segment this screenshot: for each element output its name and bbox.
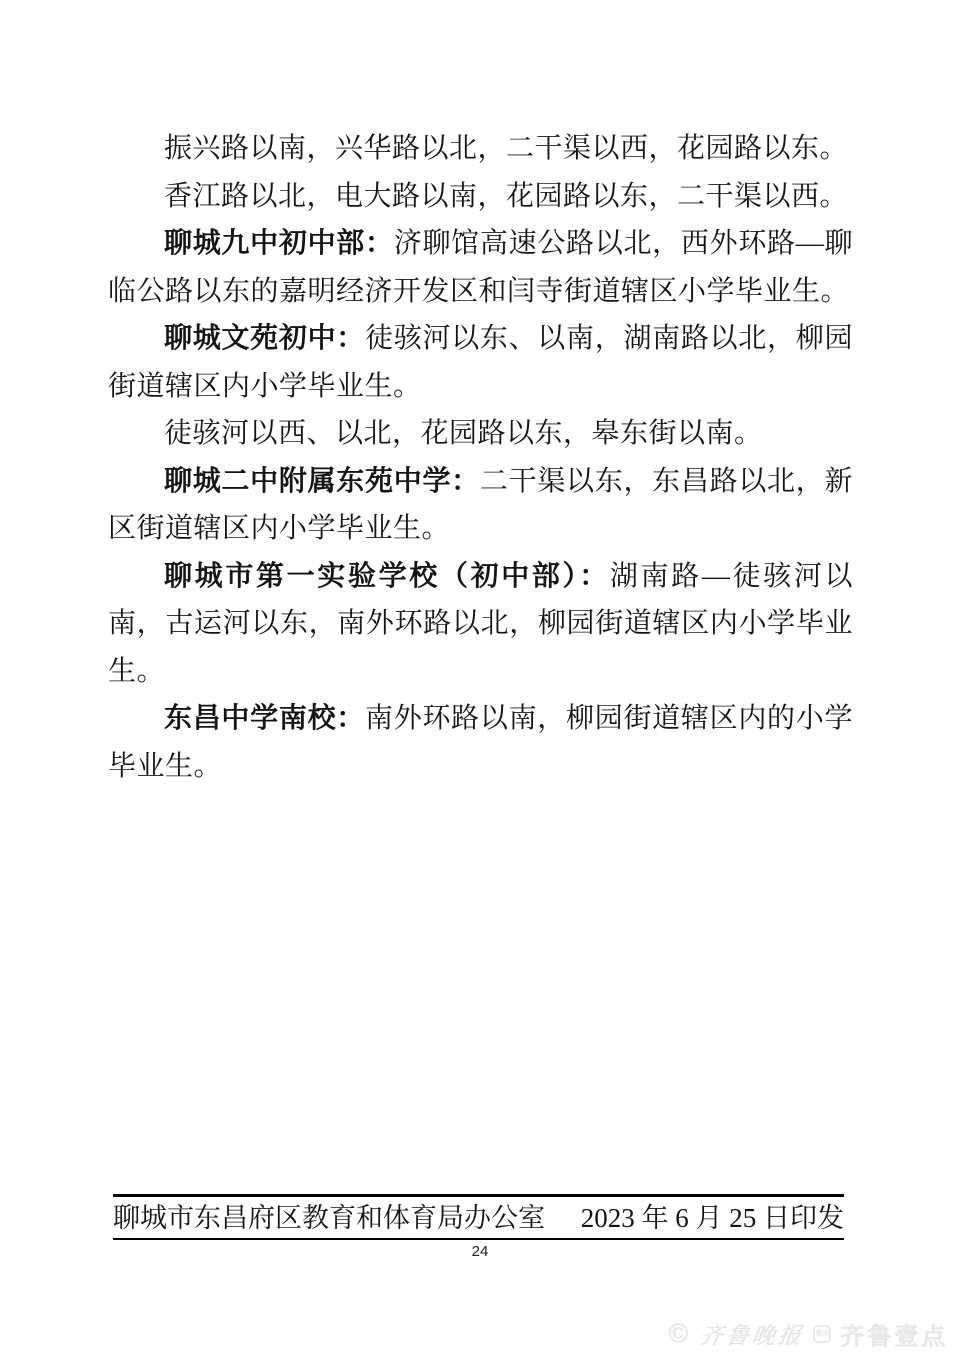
paragraph: 香江路以北，电大路以南，花园路以东，二干渠以西。 [108,173,853,221]
school-name-label: 聊城市第一实验学校（初中部）： [164,561,610,592]
paragraph: 东昌中学南校：南外环路以南，柳园街道辖区内的小学毕业生。 [108,695,853,790]
watermark: © 齐鲁晚报 壹点 齐鲁壹点 [665,1316,948,1351]
copyright-circle-icon: © [665,1321,691,1347]
qilu-yidian-app-icon: 壹点 [813,1325,831,1343]
paragraph-text: 香江路以北，电大路以南，花园路以东，二干渠以西。 [164,181,848,212]
paragraph: 聊城二中附属东苑中学：二干渠以东，东昌路以北，新区街道辖区内小学毕业生。 [108,458,853,553]
qilu-yidian-logo-text: 齐鲁壹点 [840,1316,948,1351]
paragraph-text: 振兴路以南，兴华路以北，二干渠以西，花园路以东。 [164,133,848,164]
school-name-label: 聊城二中附属东苑中学： [164,466,480,497]
footer: 聊城市东昌府区教育和体育局办公室 2023 年 6 月 25 日印发 [113,1200,844,1236]
qilu-evening-news-logo-text: 齐鲁晚报 [698,1317,807,1350]
paragraph: 聊城九中初中部：济聊馆高速公路以北，西外环路—聊临公路以东的嘉明经济开发区和闫寺… [108,220,853,315]
paragraph-text: 徒骇河以西、以北，花园路以东，皋东街以南。 [164,418,763,449]
footer-print-date: 2023 年 6 月 25 日印发 [581,1200,844,1236]
paragraph: 聊城市第一实验学校（初中部）：湖南路—徒骇河以南，古运河以东，南外环路以北，柳园… [108,553,853,696]
paragraph: 聊城文苑初中：徒骇河以东、以南，湖南路以北，柳园街道辖区内小学毕业生。 [108,315,853,410]
school-name-label: 东昌中学南校： [164,703,365,734]
school-name-label: 聊城文苑初中： [164,323,365,354]
document-page: 振兴路以南，兴华路以北，二干渠以西，花园路以东。 香江路以北，电大路以南，花园路… [0,0,960,1357]
footer-office-name: 聊城市东昌府区教育和体育局办公室 [113,1200,545,1236]
paragraph: 徒骇河以西、以北，花园路以东，皋东街以南。 [108,410,853,458]
footer-rule-bottom [113,1238,844,1240]
school-name-label: 聊城九中初中部： [164,228,394,259]
page-number: 24 [0,1243,960,1260]
body-text: 振兴路以南，兴华路以北，二干渠以西，花园路以东。 香江路以北，电大路以南，花园路… [108,125,853,790]
footer-rule-top [113,1194,844,1197]
paragraph: 振兴路以南，兴华路以北，二干渠以西，花园路以东。 [108,125,853,173]
